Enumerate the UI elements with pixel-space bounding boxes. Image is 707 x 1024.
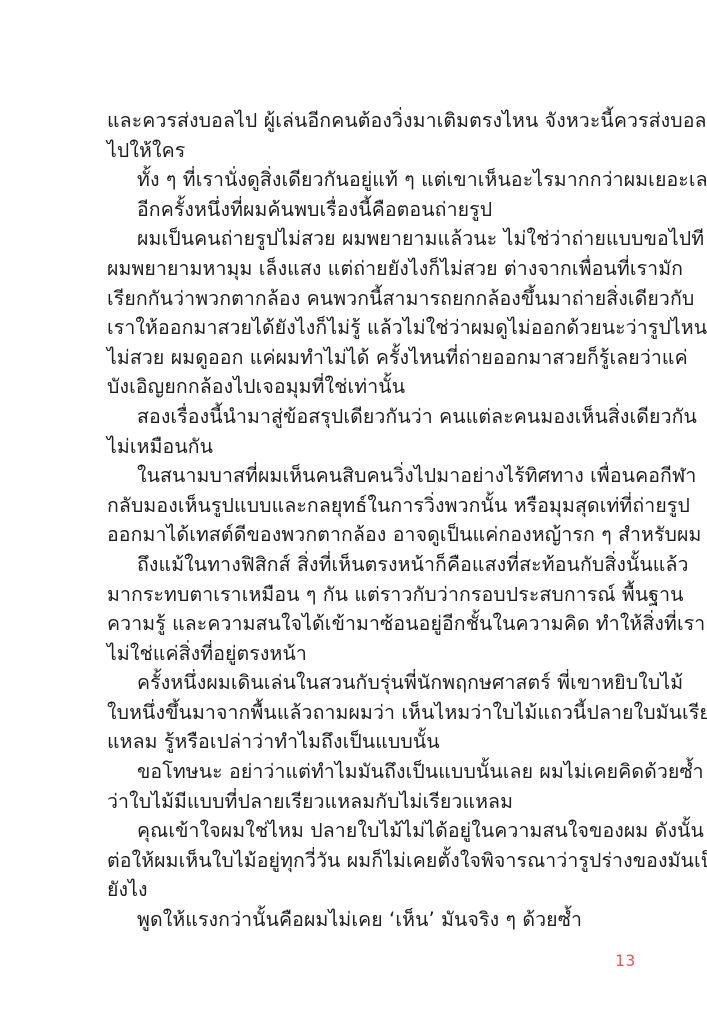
- text-line: อีกครั้งหนึ่งที่ผมค้นพบเรื่องนี้คือตอนถ่…: [107, 195, 622, 225]
- text-line: เราให้ออกมาสวยได้ยังไงก็ไม่รู้ แล้วไม่ใช…: [107, 313, 622, 343]
- text-line: ไม่เหมือนกัน: [107, 432, 622, 462]
- text-line: ขอโทษนะ อย่าว่าแต่ทำไมมันถึงเป็นแบบนั้นเ…: [107, 757, 622, 787]
- text-line: ไม่สวย ผมดูออก แค่ผมทำไม่ได้ ครั้งไหนที่…: [107, 343, 622, 373]
- text-line: และควรส่งบอลไป ผู้เล่นอีกคนต้องวิ่งมาเติ…: [107, 106, 622, 136]
- text-line: ผมเป็นคนถ่ายรูปไม่สวย ผมพยายามแล้วนะ ไม่…: [107, 224, 622, 254]
- text-line: ทั้ง ๆ ที่เรานั่งดูสิ่งเดียวกันอยู่แท้ ๆ…: [107, 165, 622, 195]
- text-line: ไปให้ใคร: [107, 136, 622, 166]
- text-line: เรียกกันว่าพวกตากล้อง คนพวกนี้สามารถยกกล…: [107, 284, 622, 314]
- text-line: ยังไง: [107, 875, 622, 905]
- text-line: ไม่ใช่แค่สิ่งที่อยู่ตรงหน้า: [107, 639, 622, 669]
- text-line: ถึงแม้ในทางฟิสิกส์ สิ่งที่เห็นตรงหน้าก็ค…: [107, 550, 622, 580]
- text-line: พูดให้แรงกว่านั้นคือผมไม่เคย ‘เห็น’ มันจ…: [107, 905, 622, 935]
- page-text: และควรส่งบอลไป ผู้เล่นอีกคนต้องวิ่งมาเติ…: [107, 106, 622, 935]
- text-line: ผมพยายามหามุม เล็งแสง แต่ถ่ายยังไงก็ไม่ส…: [107, 254, 622, 284]
- text-line: ในสนามบาสที่ผมเห็นคนสิบคนวิ่งไปมาอย่างไร…: [107, 461, 622, 491]
- text-line: ครั้งหนึ่งผมเดินเล่นในสวนกับรุ่นพี่นักพฤ…: [107, 668, 622, 698]
- text-line: คุณเข้าใจผมใช่ไหม ปลายใบไม้ไม่ได้อยู่ในค…: [107, 816, 622, 846]
- text-line: ออกมาได้เทสต์ดีของพวกตากล้อง อาจดูเป็นแค…: [107, 520, 622, 550]
- text-line: กลับมองเห็นรูปแบบและกลยุทธ์ในการวิ่งพวกน…: [107, 491, 622, 521]
- book-page: และควรส่งบอลไป ผู้เล่นอีกคนต้องวิ่งมาเติ…: [0, 0, 707, 1024]
- text-line: ว่าใบไม้มีแบบที่ปลายเรียวแหลมกับไม่เรียว…: [107, 787, 622, 817]
- text-line: บังเอิญยกกล้องไปเจอมุมที่ใช่เท่านั้น: [107, 372, 622, 402]
- text-line: มากระทบตาเราเหมือน ๆ กัน แต่ราวกับว่ากรอ…: [107, 580, 622, 610]
- text-line: ต่อให้ผมเห็นใบไม้อยู่ทุกวี่วัน ผมก็ไม่เค…: [107, 846, 622, 876]
- text-line: ความรู้ และความสนใจได้เข้ามาซ้อนอยู่อีกช…: [107, 609, 622, 639]
- page-number: 13: [615, 949, 636, 973]
- text-line: แหลม รู้หรือเปล่าว่าทำไมถึงเป็นแบบนั้น: [107, 727, 622, 757]
- text-line: ใบหนึ่งขึ้นมาจากพื้นแล้วถามผมว่า เห็นไหม…: [107, 698, 622, 728]
- text-line: สองเรื่องนี้นำมาสู่ข้อสรุปเดียวกันว่า คน…: [107, 402, 622, 432]
